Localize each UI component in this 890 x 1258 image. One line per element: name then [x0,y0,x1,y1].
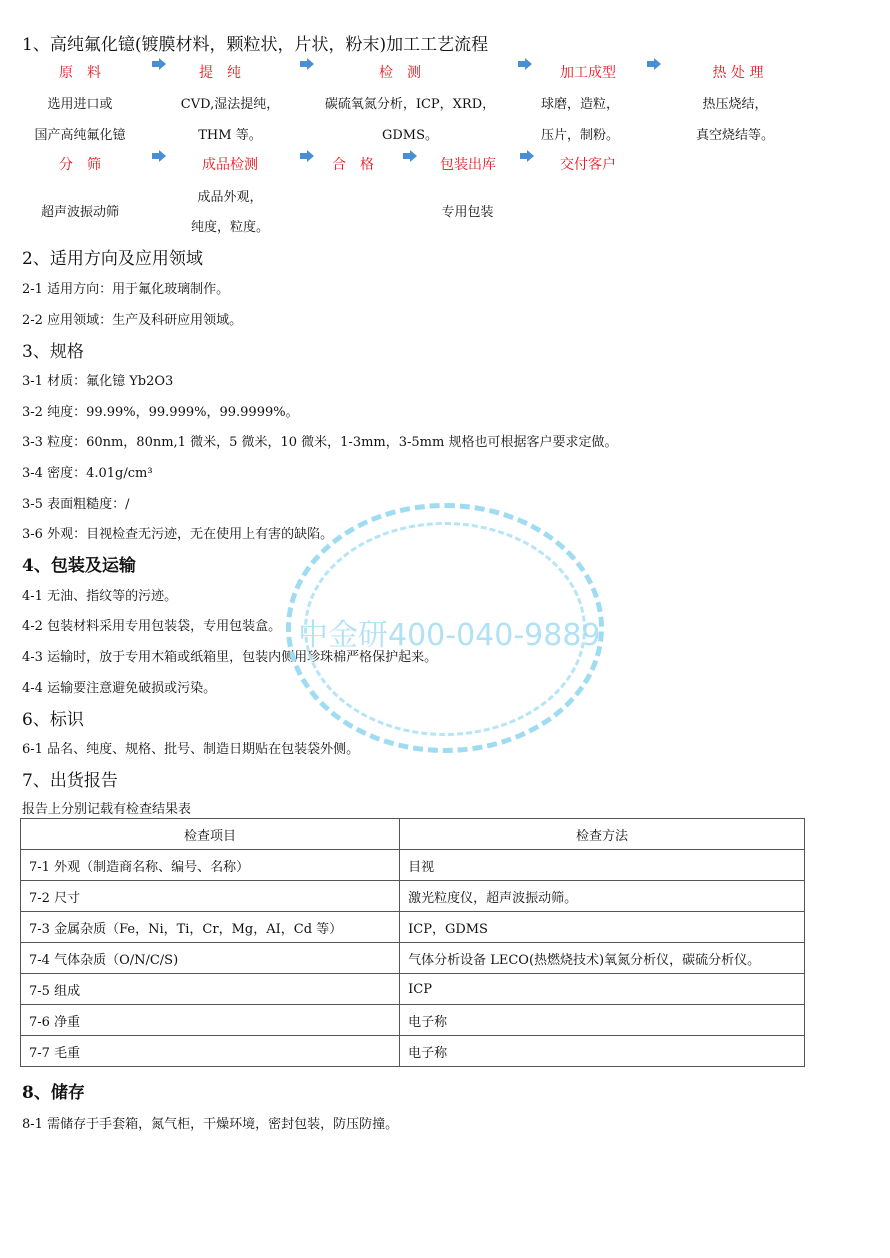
section-3-title: 3、规格 [22,337,84,362]
spec-item: 6-1 品名、纯度、规格、批号、制造日期贴在包装袋外侧。 [22,738,359,757]
watermark-text: 中金研400-040-9889 [298,610,601,654]
flow-step-label: 交付客户 [548,154,628,174]
table-cell: 气体分析设备 LECO(热燃烧技术)氧氮分析仪，碳硫分析仪。 [400,943,805,974]
table-cell: 7-3 金属杂质（Fe，Ni，Ti，Cr，Mg，AI，Cd 等） [21,912,400,943]
right-arrow-icon [152,58,166,70]
right-arrow-icon [520,150,534,162]
spec-item: 8-1 需储存于手套箱，氮气柜，干燥环境，密封包装，防压防撞。 [22,1113,398,1132]
right-arrow-icon [300,58,314,70]
flow-step-desc: 纯度，粒度。 [170,216,290,235]
table-row: 7-4 气体杂质（O/N/C/S) 气体分析设备 LECO(热燃烧技术)氧氮分析… [21,943,805,974]
spec-item: 3-1 材质：氟化镱 Yb2O3 [22,370,173,389]
table-cell: 激光粒度仪，超声波振动筛。 [400,881,805,912]
spec-item: 4-1 无油、指纹等的污迹。 [22,585,177,604]
table-cell: 7-5 组成 [21,974,400,1005]
flow-step-desc: 成品外观， [170,186,290,205]
right-arrow-icon [647,58,661,70]
spec-item: 4-2 包装材料采用专用包装袋，专用包装盒。 [22,615,281,634]
flow-step-desc: GDMS。 [315,124,505,143]
flow-step-desc: 国产高纯氟化镱 [20,124,140,143]
flow-step-label: 原 料 [40,62,120,82]
section-6-title: 6、标识 [22,705,84,730]
spec-item: 3-2 纯度：99.99%，99.999%，99.9999%。 [22,401,299,420]
section-1-title: 1、高纯氟化镱(镀膜材料，颗粒状，片状，粉末)加工工艺流程 [22,30,488,55]
flow-step-label: 成品检测 [190,154,270,174]
flow-step-desc: 超声波振动筛 [20,201,140,220]
flow-step-label: 分 筛 [40,154,120,174]
section-7-title: 7、出货报告 [22,766,118,791]
flow-step-desc: 真空烧结等。 [680,124,790,143]
right-arrow-icon [518,58,532,70]
flow-step-desc: CVD,湿法提纯， [165,93,295,112]
spec-item: 3-3 粒度：60nm，80nm,1 微米，5 微米，10 微米，1-3mm，3… [22,431,617,450]
spec-item: 4-4 运输要注意避免破损或污染。 [22,677,216,696]
flow-step-label: 提 纯 [180,62,260,82]
flow-step-label: 加工成型 [548,62,628,82]
flow-step-label: 合 格 [318,154,388,174]
flow-step-desc: 热压烧结， [680,93,790,112]
table-cell: 7-6 净重 [21,1005,400,1036]
spec-item: 3-4 密度：4.01g/cm³ [22,462,153,481]
flow-step-desc: THM 等。 [165,124,295,143]
table-cell: 7-1 外观（制造商名称、编号、名称） [21,850,400,881]
table-row: 7-3 金属杂质（Fe，Ni，Ti，Cr，Mg，AI，Cd 等） ICP，GDM… [21,912,805,943]
table-cell: ICP [400,974,805,1005]
table-intro: 报告上分别记载有检查结果表 [22,798,191,817]
spec-item: 2-2 应用领域：生产及科研应用领域。 [22,309,242,328]
table-cell: 7-4 气体杂质（O/N/C/S) [21,943,400,974]
spec-item: 3-6 外观：目视检查无污迹，无在使用上有害的缺陷。 [22,523,333,542]
section-2-title: 2、适用方向及应用领域 [22,244,203,269]
section-4-title: 4、包装及运输 [22,551,136,576]
flow-step-desc: 球磨，造粒， [540,93,620,112]
spec-item: 3-5 表面粗糙度：/ [22,493,129,512]
table-cell: ICP，GDMS [400,912,805,943]
table-cell: 目视 [400,850,805,881]
table-header-row: 检查项目 检查方法 [21,819,805,850]
flow-step-desc: 压片，制粉。 [540,124,620,143]
flow-step-label: 热 处 理 [698,62,778,82]
table-cell: 7-2 尺寸 [21,881,400,912]
table-row: 7-1 外观（制造商名称、编号、名称） 目视 [21,850,805,881]
flow-step-label: 检 测 [360,62,440,82]
flow-step-desc: 碳硫氧氮分析，ICP，XRD， [315,93,505,112]
right-arrow-icon [152,150,166,162]
flow-step-desc: 选用进口或 [20,93,140,112]
spec-item: 2-1 适用方向：用于氟化玻璃制作。 [22,278,229,297]
right-arrow-icon [403,150,417,162]
flow-step-label: 包装出库 [428,154,508,174]
section-8-title: 8、储存 [22,1078,85,1103]
table-row: 7-6 净重 电子称 [21,1005,805,1036]
table-cell: 电子称 [400,1036,805,1067]
table-header: 检查方法 [400,819,805,850]
right-arrow-icon [300,150,314,162]
flow-step-desc: 专用包装 [420,201,515,220]
table-row: 7-5 组成 ICP [21,974,805,1005]
table-header: 检查项目 [21,819,400,850]
table-cell: 7-7 毛重 [21,1036,400,1067]
inspection-table: 检查项目 检查方法 7-1 外观（制造商名称、编号、名称） 目视 7-2 尺寸 … [20,818,805,1067]
table-row: 7-2 尺寸 激光粒度仪，超声波振动筛。 [21,881,805,912]
table-cell: 电子称 [400,1005,805,1036]
table-row: 7-7 毛重 电子称 [21,1036,805,1067]
